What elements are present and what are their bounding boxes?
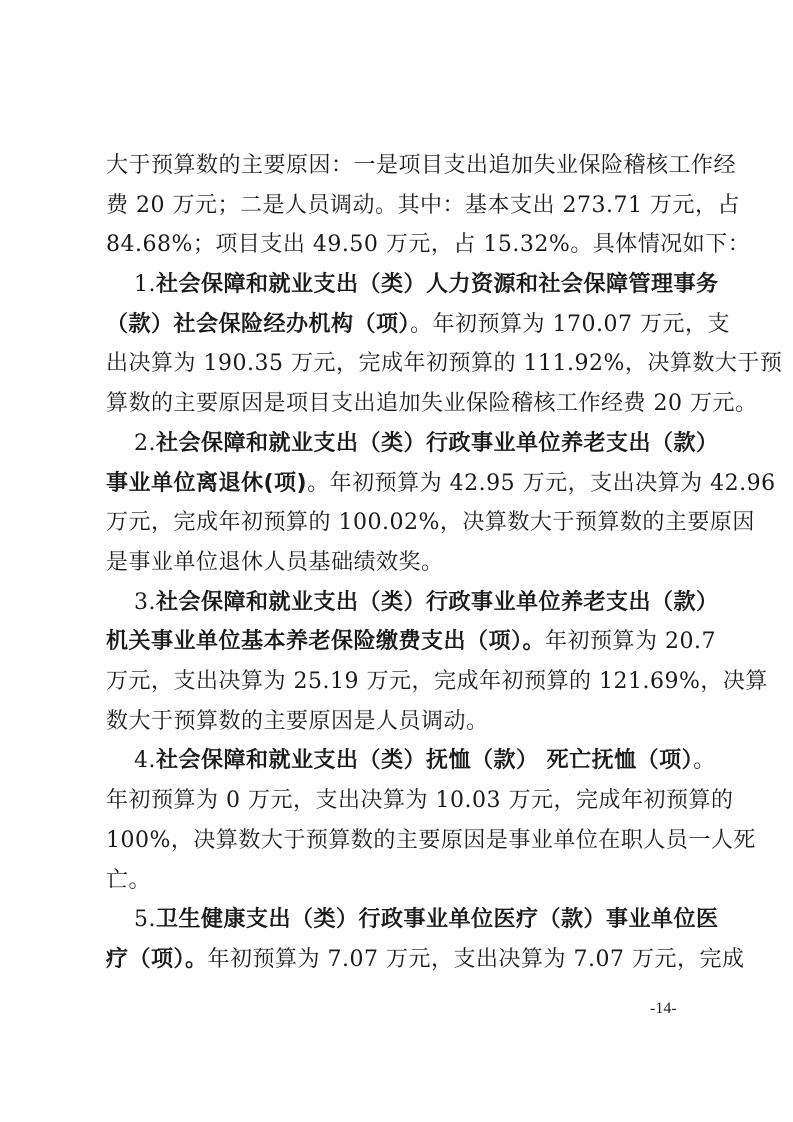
text-line: 机关事业单位基本养老保险缴费支出（项）。年初预算为 20.7 [106,627,692,657]
heading-text: 社会保障和就业支出（类）人力资源和社会保障管理事务 [156,272,719,297]
body-text-segment: 100%，决算数大于预算数的主要原因是事业单位在职人员一人死 [106,828,756,853]
text-line: 是事业单位退休人员基础绩效奖。 [106,548,692,578]
body-text-segment: 出决算为 190.35 万元，完成年初预算的 111.92%，决算数大于预 [106,351,782,376]
text-line: 疗（项）。年初预算为 7.07 万元，支出决算为 7.07 万元，完成 [106,945,692,975]
body-text-segment: 年初预算为 20.7 [545,629,716,654]
text-line: 算数的主要原因是项目支出追加失业保险稽核工作经费 20 万元。 [106,389,692,419]
body-text-segment: 。年初预算为 42.95 万元，支出决算为 42.96 [307,471,775,496]
body-text-segment: 。年初预算为 170.07 万元，支 [410,312,730,337]
text-line: （款）社会保险经办机构（项）。年初预算为 170.07 万元，支 [106,310,692,340]
body-text-segment: 2. [134,431,156,456]
body-text-segment: 亡。 [106,868,151,893]
heading-text: 社会保障和就业支出（类）行政事业单位养老支出（款） [156,431,719,456]
text-line: 100%，决算数大于预算数的主要原因是事业单位在职人员一人死 [106,826,692,856]
text-line: 3.社会保障和就业支出（类）行政事业单位养老支出（款） [134,588,692,618]
heading-text: 社会保障和就业支出（类）抚恤（款） 死亡抚恤（项） [156,748,693,773]
body-text-segment: 3. [134,590,156,615]
body-text-segment: 数大于预算数的主要原因是人员调动。 [106,709,489,734]
body-text-segment: 算数的主要原因是项目支出追加失业保险稽核工作经费 20 万元。 [106,391,757,416]
text-line: 数大于预算数的主要原因是人员调动。 [106,707,692,737]
body-text-segment: 是事业单位退休人员基础绩效奖。 [106,550,444,575]
body-text-segment: 年初预算为 7.07 万元，支出决算为 7.07 万元，完成 [208,947,745,972]
text-line: 万元，支出决算为 25.19 万元，完成年初预算的 121.69%，决算 [106,667,692,697]
heading-text: 卫生健康支出（类）行政事业单位医疗（款）事业单位医 [156,907,719,932]
text-line: 出决算为 190.35 万元，完成年初预算的 111.92%，决算数大于预 [106,349,692,379]
heading-text: 社会保障和就业支出（类）行政事业单位养老支出（款） [156,590,719,615]
page-number: -14- [650,1000,677,1018]
text-line: 1.社会保障和就业支出（类）人力资源和社会保障管理事务 [134,270,692,300]
body-text-segment: 费 20 万元；二是人员调动。其中：基本支出 273.71 万元，占 [106,193,740,218]
body-text-segment: 。 [693,748,716,773]
text-line: 万元，完成年初预算的 100.02%，决算数大于预算数的主要原因 [106,508,692,538]
body-text-segment: 万元，支出决算为 25.19 万元，完成年初预算的 121.69%，决算 [106,669,768,694]
text-line: 亡。 [106,866,692,896]
text-line: 大于预算数的主要原因：一是项目支出追加失业保险稽核工作经 [106,151,692,181]
body-text-segment: 84.68%；项目支出 49.50 万元，占 15.32%。具体情况如下： [106,232,750,257]
text-line: 84.68%；项目支出 49.50 万元，占 15.32%。具体情况如下： [106,230,692,260]
body-text-segment: 年初预算为 0 万元，支出决算为 10.03 万元，完成年初预算的 [106,788,733,813]
heading-text: 疗（项）。 [106,947,208,972]
text-line: 2.社会保障和就业支出（类）行政事业单位养老支出（款） [134,429,692,459]
text-line: 事业单位离退休(项)。年初预算为 42.95 万元，支出决算为 42.96 [106,469,692,499]
heading-text: （款）社会保险经办机构（项） [106,312,410,337]
body-text-segment: 万元，完成年初预算的 100.02%，决算数大于预算数的主要原因 [106,510,755,535]
body-text-segment: 大于预算数的主要原因：一是项目支出追加失业保险稽核工作经 [106,153,736,178]
heading-text: 机关事业单位基本养老保险缴费支出（项）。 [106,629,545,654]
text-line: 费 20 万元；二是人员调动。其中：基本支出 273.71 万元，占 [106,191,692,221]
text-line: 年初预算为 0 万元，支出决算为 10.03 万元，完成年初预算的 [106,786,692,816]
heading-text: 事业单位离退休(项) [106,471,307,496]
text-line: 4.社会保障和就业支出（类）抚恤（款） 死亡抚恤（项）。 [134,746,692,776]
text-line: 5.卫生健康支出（类）行政事业单位医疗（款）事业单位医 [134,905,692,935]
body-text-segment: 5. [134,907,156,932]
body-text-segment: 4. [134,748,156,773]
body-text-segment: 1. [134,272,156,297]
document-page: 大于预算数的主要原因：一是项目支出追加失业保险稽核工作经费 20 万元；二是人员… [0,0,793,1122]
